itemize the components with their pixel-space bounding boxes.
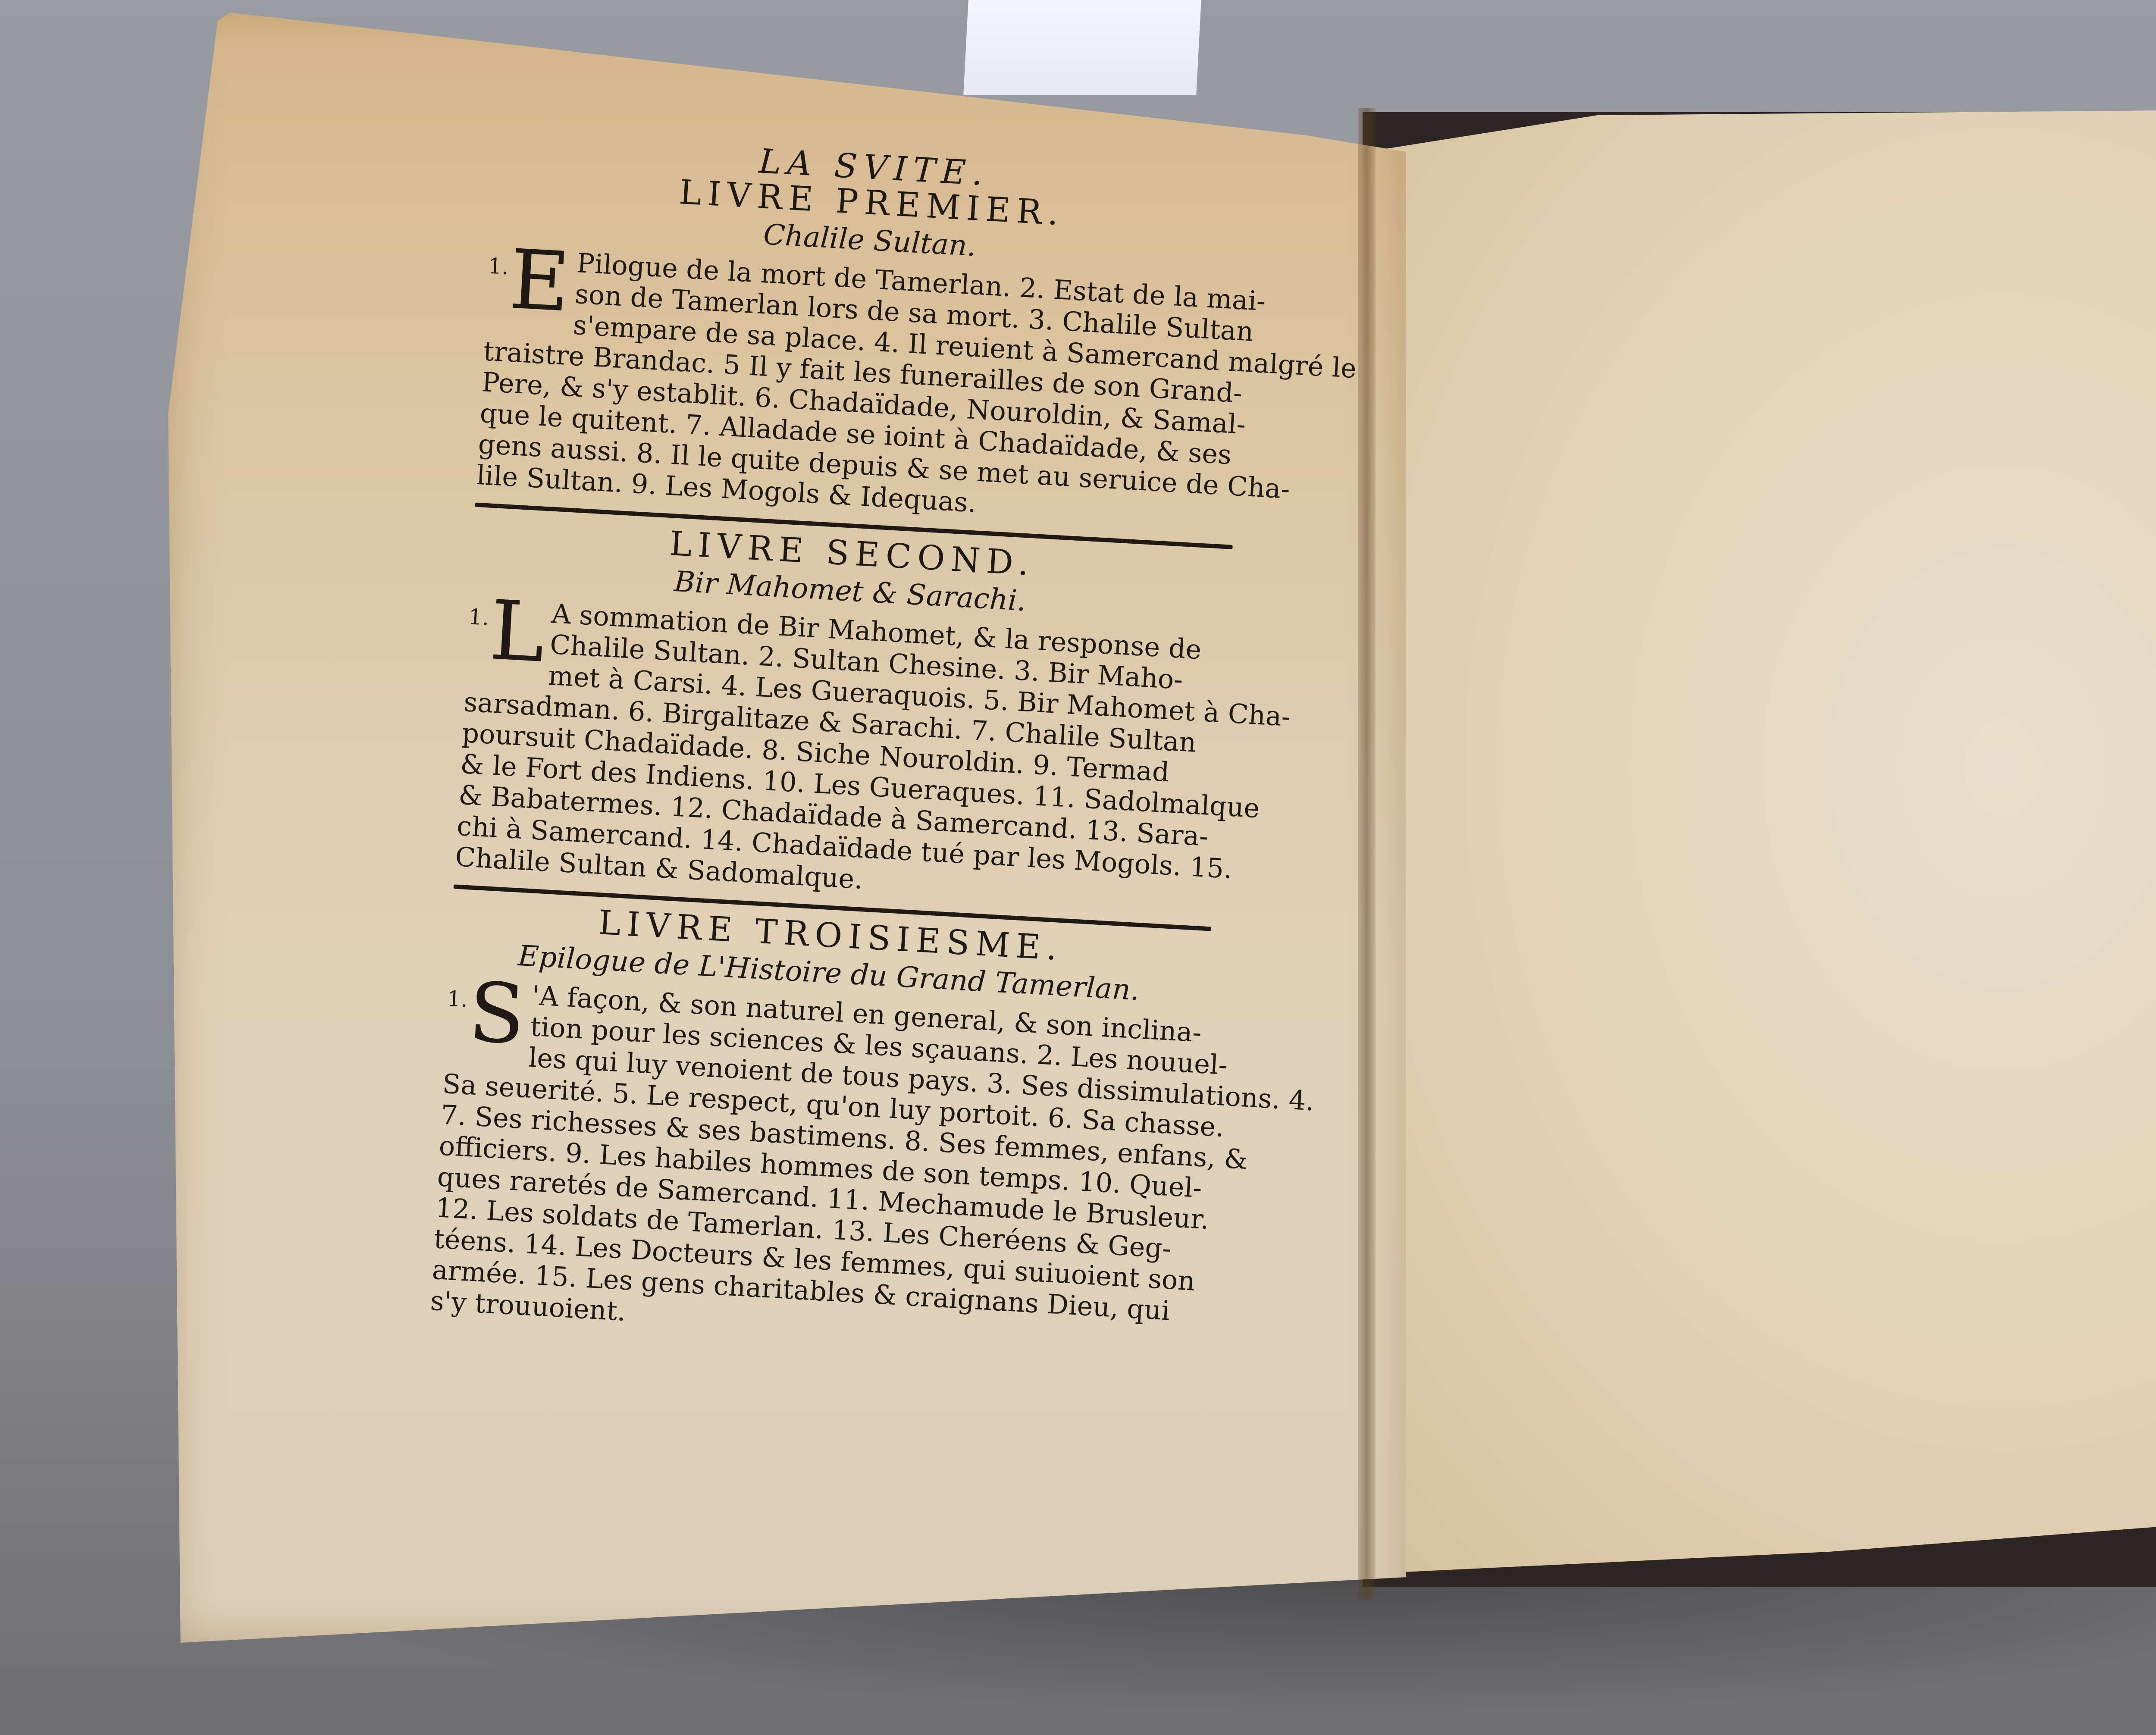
photo-background: LA SVITE. LIVRE PREMIER. Chalile Sultan.…: [0, 0, 2156, 1735]
lead-number: 1.: [446, 983, 469, 1015]
book-one-summary: 1. E Pilogue de la mort de Tamerlan. 2. …: [476, 242, 1247, 532]
lead-number: 1.: [468, 601, 490, 633]
drop-cap-e: E: [508, 247, 571, 315]
book-two-summary: 1. L A sommation de Bir Mahomet, & la re…: [454, 593, 1228, 914]
lead-number: 1.: [487, 250, 510, 282]
right-page-blank: [1367, 108, 2156, 1574]
book-one-section: LIVRE PREMIER. Chalile Sultan. 1. E Pilo…: [475, 165, 1252, 549]
book-three-section: LIVRE TROISIESME. Epilogue de L'Histoire…: [429, 897, 1211, 1359]
paper-bookmark-slip: [963, 0, 1201, 95]
book-gutter: [1358, 108, 1376, 1600]
left-page-text: LA SVITE. LIVRE PREMIER. Chalile Sultan.…: [429, 129, 1253, 1359]
book-three-summary: 1. S 'A façon, & son naturel en general,…: [429, 975, 1206, 1358]
drop-cap-s: S: [467, 980, 526, 1047]
drop-cap-l: L: [489, 598, 546, 666]
book-two-section: LIVRE SECOND. Bir Mahomet & Sarachi. 1. …: [454, 515, 1232, 931]
